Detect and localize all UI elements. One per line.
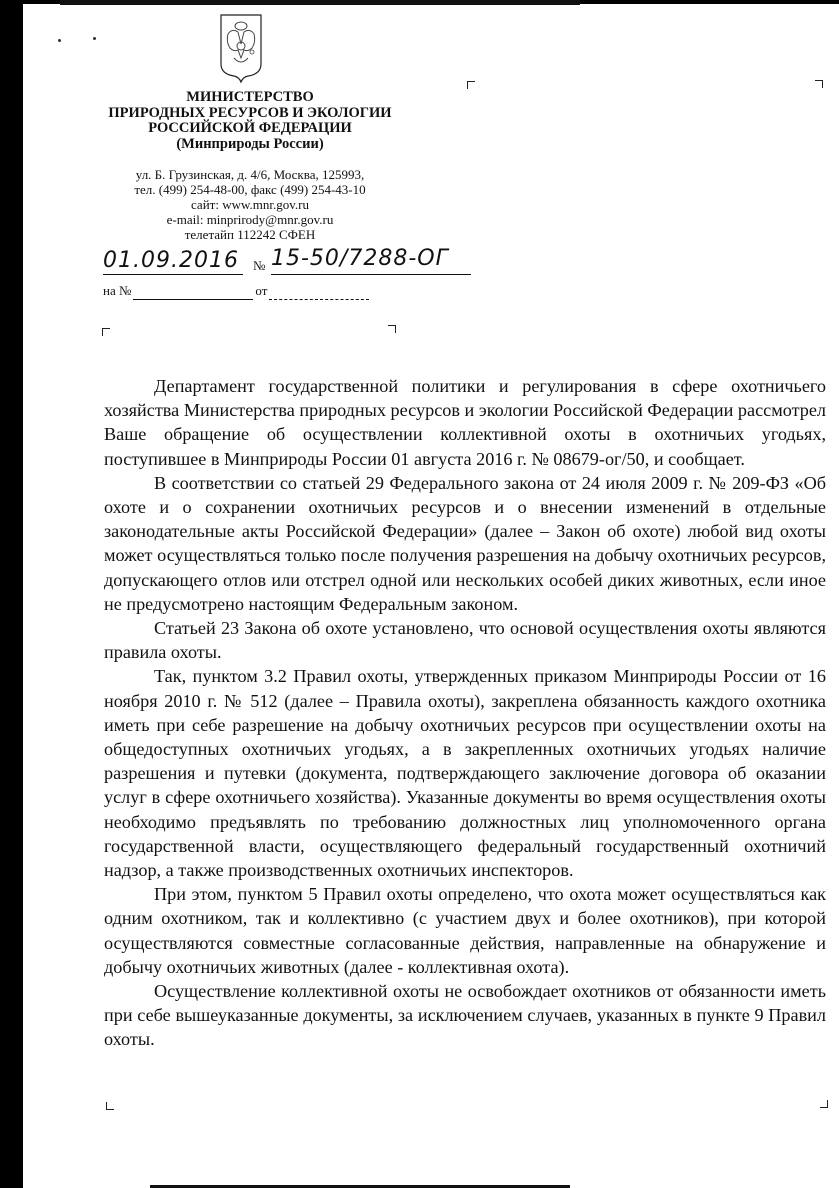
reference-number-blank — [133, 283, 253, 300]
corner-mark-top-right — [815, 80, 823, 88]
address-email: e-mail: minprirody@mnr.gov.ru — [100, 212, 400, 227]
body-paragraph: Осуществление коллективной охоты не осво… — [104, 979, 826, 1052]
registration-number-label: № — [253, 258, 265, 274]
address-street: ул. Б. Грузинская, д. 4/6, Москва, 12599… — [100, 167, 400, 182]
reference-line: на № от — [103, 283, 393, 300]
body-paragraph: При этом, пунктом 5 Правил охоты определ… — [104, 882, 826, 979]
address-phone: тел. (499) 254-48-00, факс (499) 254-43-… — [100, 182, 400, 197]
ministry-line: ПРИРОДНЫХ РЕСУРСОВ И ЭКОЛОГИИ — [100, 106, 400, 122]
body-paragraph: Департамент государственной политики и р… — [104, 374, 826, 471]
reference-from-label: от — [255, 283, 267, 298]
corner-mark-top-right — [388, 325, 396, 333]
corner-mark-top-left — [467, 81, 475, 89]
registration-number: 15-50/7288-ОГ — [271, 246, 471, 275]
corner-mark-top-left — [102, 328, 110, 336]
ministry-name: МИНИСТЕРСТВО ПРИРОДНЫХ РЕСУРСОВ И ЭКОЛОГ… — [100, 90, 400, 152]
address-teletype: телетайп 112242 СФЕН — [100, 227, 400, 242]
registration-line: 01.09.2016 № 15-50/7288-ОГ — [103, 248, 463, 282]
scan-speck — [58, 39, 61, 42]
ministry-line: РОССИЙСКОЙ ФЕДЕРАЦИИ — [100, 121, 400, 137]
scan-edge-left — [0, 0, 23, 1188]
ministry-address: ул. Б. Грузинская, д. 4/6, Москва, 12599… — [100, 167, 400, 242]
scan-edge-top-shadow — [60, 0, 580, 5]
registration-date: 01.09.2016 — [103, 248, 243, 275]
body-paragraph: Так, пунктом 3.2 Правил охоты, утвержден… — [104, 664, 826, 882]
body-paragraph: Статьей 23 Закона об охоте установлено, … — [104, 616, 826, 664]
body-paragraph: В соответствии со статьей 29 Федеральног… — [104, 471, 826, 616]
address-website: сайт: www.mnr.gov.ru — [100, 197, 400, 212]
letter-body: Департамент государственной политики и р… — [104, 374, 826, 1052]
corner-mark-bottom-left — [106, 1102, 114, 1110]
ministry-line: МИНИСТЕРСТВО — [100, 90, 400, 106]
ministry-short-name: (Минприроды России) — [100, 137, 400, 153]
scan-speck — [93, 37, 96, 40]
reference-date-blank — [269, 283, 369, 300]
reference-number-label: на № — [103, 283, 131, 298]
corner-mark-bottom-right — [820, 1100, 828, 1108]
coat-of-arms-emblem-icon — [218, 12, 264, 84]
